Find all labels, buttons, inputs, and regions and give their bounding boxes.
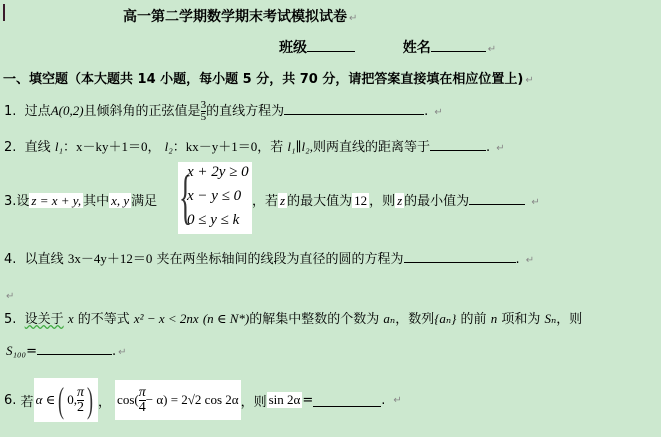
q3-text: ，则: [369, 194, 395, 209]
period: .: [486, 140, 490, 155]
answer-blank-4[interactable]: [404, 250, 516, 263]
q2-text: 则两直线的距离等于: [313, 140, 430, 155]
cos-pre: cos(: [117, 392, 139, 408]
class-label: 班级: [279, 40, 307, 56]
l2-symbol: l₂: [165, 139, 173, 154]
period: .: [516, 252, 520, 267]
frac-num: π: [77, 386, 84, 400]
question-number: 5.: [4, 312, 16, 327]
pi-over-4: π4: [139, 386, 146, 415]
q2-eq1: ：x－ky＋1＝0，: [63, 139, 161, 154]
q6-alpha-interval: α ∈ (0,π2): [34, 378, 98, 422]
paragraph-mark-icon: ↵: [434, 107, 442, 118]
an-var: aₙ: [383, 311, 395, 326]
q5-text: ，则: [556, 312, 582, 327]
title-text: 高一第二学期数学期末考试模拟试卷: [123, 9, 347, 25]
x-var: x: [68, 311, 74, 326]
q5-inequality: x² − x < 2nx: [134, 311, 199, 326]
constraint-system: { x + 2y ≥ 0 x − y ≤ 0 0 ≤ y ≤ k: [178, 162, 252, 234]
paragraph-mark-icon: ↵: [531, 197, 539, 208]
q6-text: 若: [21, 391, 34, 410]
q5-text: 的不等式: [78, 312, 130, 327]
question-number: 4.: [4, 252, 16, 267]
q3-text: 其中: [83, 194, 109, 209]
paragraph-mark-icon: ↵: [118, 347, 126, 358]
period: .: [381, 393, 385, 408]
frac-den: 2: [77, 400, 84, 415]
class-blank[interactable]: [307, 39, 355, 52]
q2-text: 直线: [25, 140, 51, 155]
question-number: 2.: [4, 140, 16, 155]
paragraph-mark-icon: ↵: [6, 291, 14, 302]
q3-max: 12: [352, 193, 369, 208]
q1-text: 且倾斜角的正弦值是: [84, 104, 201, 119]
n-var: n: [491, 311, 498, 326]
q1-point: A(0,2): [51, 103, 84, 118]
q6-cos-equation: cos(π4− α) = 2√2 cos 2α: [115, 380, 241, 420]
q3-text: 的最大值为: [287, 194, 352, 209]
q6-text: ，则: [241, 391, 267, 410]
answer-blank-5[interactable]: [37, 342, 112, 355]
question-5: 5. 设关于 x 的不等式 x² − x < 2nx (n ∈ N*)的解集中整…: [4, 308, 582, 327]
q1-text: 的直线方程为: [206, 104, 284, 119]
name-label: 姓名: [403, 40, 431, 56]
q5-text: 的前: [461, 312, 487, 327]
q3-text: ，若: [252, 194, 278, 209]
answer-blank-3[interactable]: [469, 192, 525, 205]
q3-text: 的最小值为: [404, 194, 469, 209]
question-number: 6.: [4, 393, 16, 408]
cos-post: − α) = 2√2 cos 2α: [146, 392, 239, 408]
z-var: z: [278, 193, 287, 208]
q3-vars: x, y: [109, 193, 131, 208]
q5-text: ，数列: [395, 312, 434, 327]
q5-text: 项和为: [501, 312, 540, 327]
question-3-cont: ，若z的最大值为12，则z的最小值为 ↵: [252, 190, 540, 209]
constraint-row: x + 2y ≥ 0: [187, 164, 249, 181]
pi-over-2: π2: [77, 386, 84, 415]
question-2: 2. 直线 l₁：x－ky＋1＝0， l₂：kx－y＋1＝0，若 l₁∥l₂,则…: [4, 136, 505, 155]
q4-text: 夹在两坐标轴间的线段为直径的圆的方程为: [156, 252, 403, 267]
answer-blank-1[interactable]: [284, 102, 424, 115]
question-6: 6. 若 α ∈ (0,π2) ， cos(π4− α) = 2√2 cos 2…: [4, 378, 402, 422]
question-1: 1. 过点A(0,2)且倾斜角的正弦值是35的直线方程为. ↵: [4, 100, 443, 123]
constraint-row: 0 ≤ y ≤ k: [187, 212, 239, 229]
period: .: [112, 344, 116, 359]
alpha-in: α ∈: [36, 392, 56, 408]
q5-text: 设关于: [25, 312, 64, 327]
paragraph-mark-icon: ↵: [526, 255, 534, 266]
sin-expression: sin 2α: [267, 392, 303, 408]
answer-blank-2[interactable]: [430, 138, 486, 151]
s100-var: S₁₀₀: [6, 343, 26, 358]
interval-left: 0,: [67, 392, 77, 408]
separator: ，: [98, 391, 111, 410]
question-3: 3.设z = x + y,其中x, y满足: [4, 190, 157, 209]
paragraph-mark-icon: ↵: [488, 44, 496, 55]
paragraph-mark-icon: ↵: [496, 143, 504, 154]
left-paren-icon: (: [58, 382, 64, 418]
frac-num: π: [139, 386, 146, 400]
paragraph-mark-icon: ↵: [349, 13, 357, 24]
frac-den: 4: [139, 400, 146, 415]
question-number: 3.: [4, 194, 16, 209]
z-var: z: [395, 193, 404, 208]
question-5-cont: S₁₀₀=.↵: [6, 342, 127, 359]
constraint-row: x − y ≤ 0: [187, 188, 241, 205]
sequence: {aₙ}: [434, 311, 456, 326]
q5-condition: (n ∈ N*): [203, 311, 249, 326]
paragraph-mark-icon: ↵: [393, 395, 401, 406]
right-paren-icon: ): [87, 382, 93, 418]
name-blank[interactable]: [431, 39, 486, 52]
section-heading: 一、填空题（本大题共 14 小题，每小题 5 分，共 70 分，请把答案直接填在…: [3, 68, 534, 87]
answer-blank-6[interactable]: [313, 394, 381, 407]
q2-eq2: ：kx－y＋1＝0，若: [173, 139, 284, 154]
sn-var: Sₙ: [544, 311, 556, 326]
equals: =: [26, 344, 37, 359]
question-4: 4. 以直线 3x－4y＋12＝0 夹在两坐标轴间的线段为直径的圆的方程为. ↵: [4, 248, 534, 267]
page-title: 高一第二学期数学期末考试模拟试卷↵: [123, 6, 357, 26]
empty-paragraph: ↵: [4, 284, 14, 303]
section-heading-text: 一、填空题（本大题共 14 小题，每小题 5 分，共 70 分，请把答案直接填在…: [3, 72, 523, 87]
q5-text: 的解集中整数的个数为: [249, 312, 379, 327]
q3-z-def: z = x + y,: [29, 193, 83, 208]
l1-symbol: l₁: [55, 139, 63, 154]
q3-text: 满足: [131, 194, 157, 209]
q3-text: 设: [16, 194, 29, 209]
q4-text: 以直线: [25, 252, 64, 267]
q2-condition: l₁∥l₂,: [287, 139, 313, 154]
paragraph-mark-icon: ↵: [525, 75, 533, 86]
q4-equation: 3x－4y＋12＝0: [68, 251, 153, 266]
q1-text: 过点: [25, 104, 51, 119]
text-cursor: [3, 4, 5, 21]
period: .: [424, 104, 428, 119]
equals: =: [302, 393, 313, 408]
student-info-line: 班级 姓名↵: [279, 37, 496, 57]
question-number: 1.: [4, 104, 16, 119]
